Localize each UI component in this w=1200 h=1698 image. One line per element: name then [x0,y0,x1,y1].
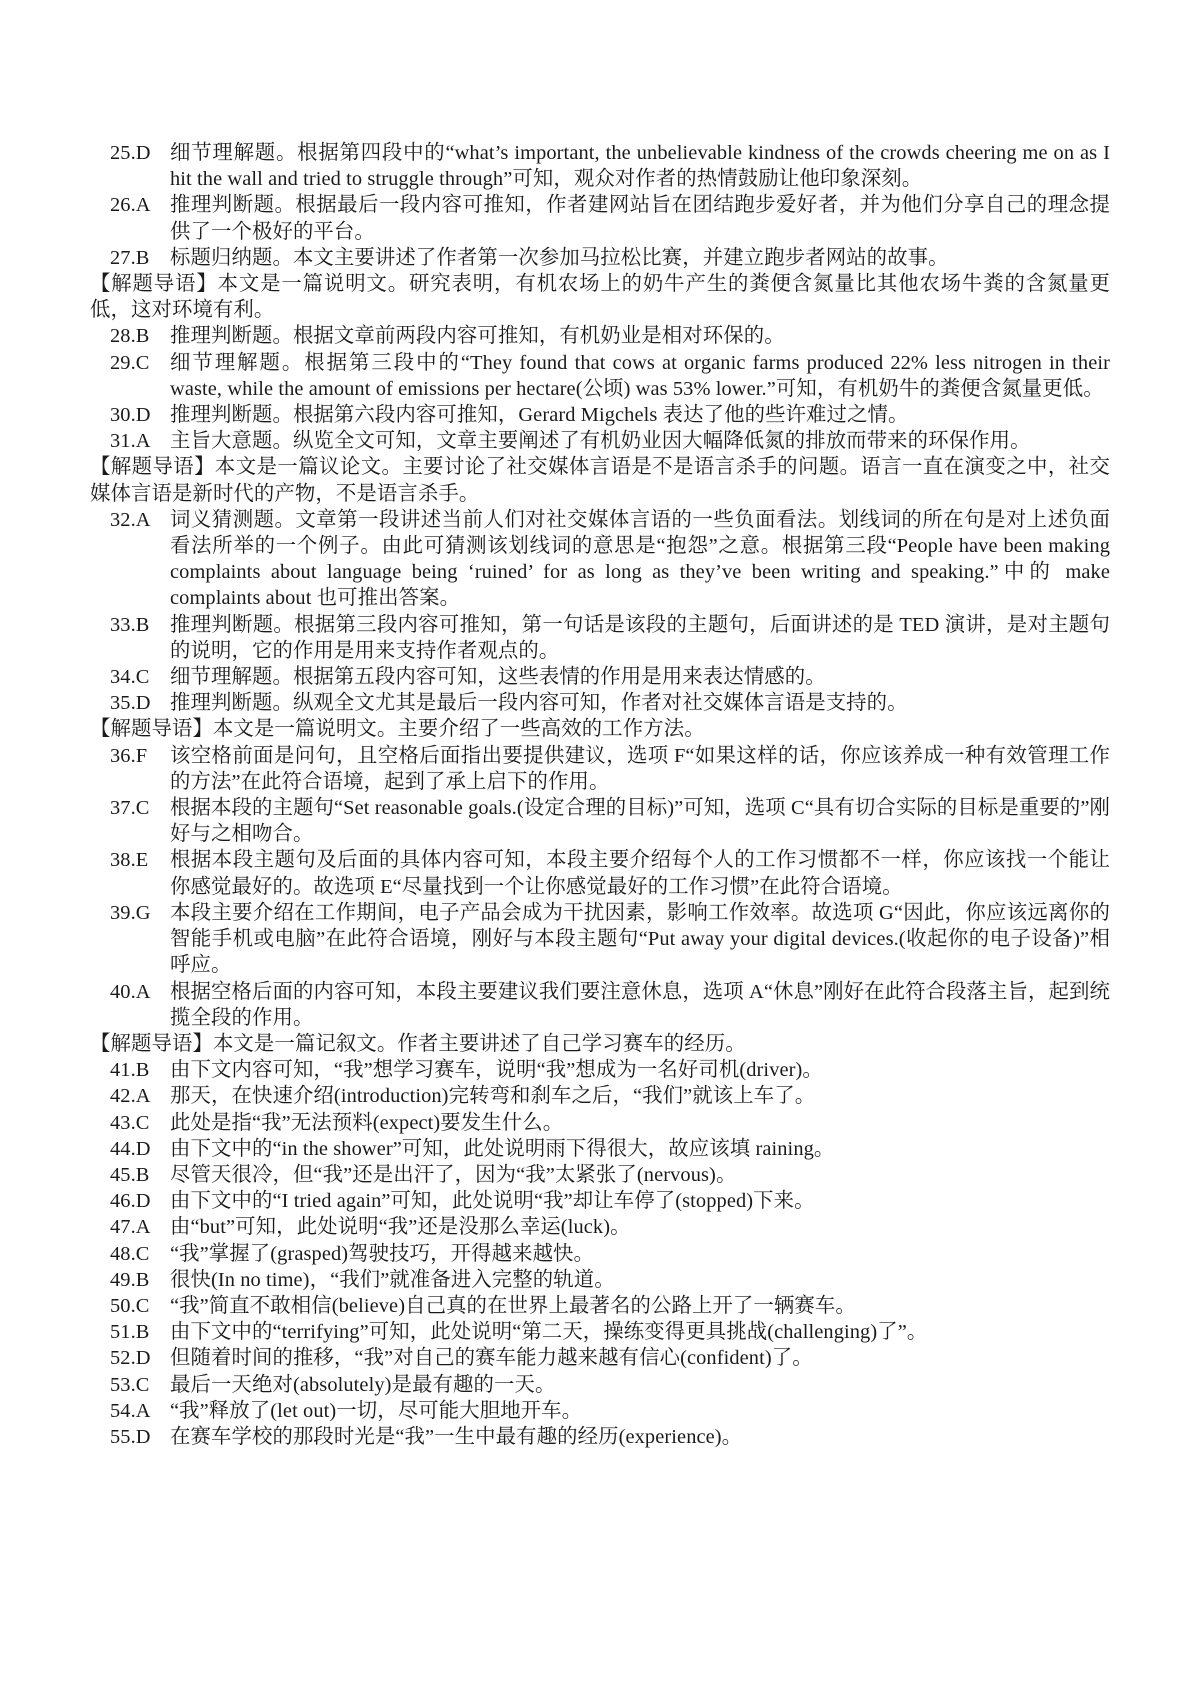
answer-number: 26.A [90,192,170,244]
answer-number: 48.C [90,1241,170,1267]
answer-explanation: 细节理解题。根据第四段中的“what’s important, the unbe… [170,140,1110,192]
answer-entry-26: 26.A 推理判断题。根据最后一段内容可推知，作者建网站旨在团结跑步爱好者，并为… [90,192,1110,244]
answer-explanation: 此处是指“我”无法预料(expect)要发生什么。 [170,1110,1110,1136]
answer-entry-42: 42.A 那天，在快速介绍(introduction)完转弯和刹车之后，“我们”… [90,1083,1110,1109]
answer-number: 54.A [90,1398,170,1424]
answer-number: 25.D [90,140,170,192]
answer-number: 39.G [90,900,170,979]
answer-number: 41.B [90,1057,170,1083]
answer-explanation: 推理判断题。根据第三段内容可推知，第一句话是该段的主题句，后面讲述的是 TED … [170,612,1110,664]
answer-number: 50.C [90,1293,170,1319]
answer-explanation: 根据本段的主题句“Set reasonable goals.(设定合理的目标)”… [170,795,1110,847]
answer-explanation: 本段主要介绍在工作期间，电子产品会成为干扰因素，影响工作效率。故选项 G“因此，… [170,900,1110,979]
answer-explanation: 推理判断题。根据文章前两段内容可推知，有机奶业是相对环保的。 [170,323,1110,349]
guide-paragraph: 【解题导语】本文是一篇说明文。研究表明，有机农场上的奶牛产生的粪便含氮量比其他农… [90,271,1110,323]
answer-number: 49.B [90,1267,170,1293]
answer-explanation: 那天，在快速介绍(introduction)完转弯和刹车之后，“我们”就该上车了… [170,1083,1110,1109]
answer-entry-46: 46.D 由下文中的“I tried again”可知，此处说明“我”却让车停了… [90,1188,1110,1214]
answer-entry-49: 49.B 很快(In no time)，“我们”就准备进入完整的轨道。 [90,1267,1110,1293]
answer-explanation: 由下文中的“in the shower”可知，此处说明雨下得很大，故应该填 ra… [170,1136,1110,1162]
answer-entry-43: 43.C 此处是指“我”无法预料(expect)要发生什么。 [90,1110,1110,1136]
answer-number: 42.A [90,1083,170,1109]
answer-number: 40.A [90,979,170,1031]
answer-entry-38: 38.E 根据本段主题句及后面的具体内容可知，本段主要介绍每个人的工作习惯都不一… [90,847,1110,899]
answer-number: 30.D [90,402,170,428]
guide-paragraph: 【解题导语】本文是一篇议论文。主要讨论了社交媒体言语是不是语言杀手的问题。语言一… [90,454,1110,506]
answer-number: 36.F [90,743,170,795]
answer-entry-47: 47.A 由“but”可知，此处说明“我”还是没那么幸运(luck)。 [90,1214,1110,1240]
answer-number: 29.C [90,350,170,402]
answer-entry-48: 48.C “我”掌握了(grasped)驾驶技巧，开得越来越快。 [90,1241,1110,1267]
answer-entry-29: 29.C 细节理解题。根据第三段中的“They found that cows … [90,350,1110,402]
answer-explanation: 在赛车学校的那段时光是“我”一生中最有趣的经历(experience)。 [170,1424,1110,1450]
answer-explanation: 由下文中的“terrifying”可知，此处说明“第二天，操练变得更具挑战(ch… [170,1319,1110,1345]
document-page: 25.D 细节理解题。根据第四段中的“what’s important, the… [0,0,1200,1698]
answer-number: 33.B [90,612,170,664]
answer-entry-31: 31.A 主旨大意题。纵览全文可知，文章主要阐述了有机奶业因大幅降低氮的排放而带… [90,428,1110,454]
answer-entry-53: 53.C 最后一天绝对(absolutely)是最有趣的一天。 [90,1372,1110,1398]
answer-entry-28: 28.B 推理判断题。根据文章前两段内容可推知，有机奶业是相对环保的。 [90,323,1110,349]
answer-number: 27.B [90,245,170,271]
answer-number: 46.D [90,1188,170,1214]
answer-number: 44.D [90,1136,170,1162]
answer-explanation: 尽管天很冷，但“我”还是出汗了，因为“我”太紧张了(nervous)。 [170,1162,1110,1188]
answer-entry-35: 35.D 推理判断题。纵观全文尤其是最后一段内容可知，作者对社交媒体言语是支持的… [90,690,1110,716]
answer-entry-44: 44.D 由下文中的“in the shower”可知，此处说明雨下得很大，故应… [90,1136,1110,1162]
answer-explanation: 由下文内容可知，“我”想学习赛车，说明“我”想成为一名好司机(driver)。 [170,1057,1110,1083]
answer-entry-34: 34.C 细节理解题。根据第五段内容可知，这些表情的作用是用来表达情感的。 [90,664,1110,690]
answer-number: 52.D [90,1345,170,1371]
answer-explanation: 由“but”可知，此处说明“我”还是没那么幸运(luck)。 [170,1214,1110,1240]
answer-number: 55.D [90,1424,170,1450]
answer-entry-33: 33.B 推理判断题。根据第三段内容可推知，第一句话是该段的主题句，后面讲述的是… [90,612,1110,664]
answer-entry-25: 25.D 细节理解题。根据第四段中的“what’s important, the… [90,140,1110,192]
answer-number: 31.A [90,428,170,454]
answer-explanation: 最后一天绝对(absolutely)是最有趣的一天。 [170,1372,1110,1398]
answer-entry-39: 39.G 本段主要介绍在工作期间，电子产品会成为干扰因素，影响工作效率。故选项 … [90,900,1110,979]
answer-explanation: 由下文中的“I tried again”可知，此处说明“我”却让车停了(stop… [170,1188,1110,1214]
answer-entry-40: 40.A 根据空格后面的内容可知，本段主要建议我们要注意休息，选项 A“休息”刚… [90,979,1110,1031]
answer-entry-55: 55.D 在赛车学校的那段时光是“我”一生中最有趣的经历(experience)… [90,1424,1110,1450]
answer-number: 35.D [90,690,170,716]
answer-explanation: 根据本段主题句及后面的具体内容可知，本段主要介绍每个人的工作习惯都不一样，你应该… [170,847,1110,899]
answer-number: 51.B [90,1319,170,1345]
answer-explanation: “我”释放了(let out)一切，尽可能大胆地开车。 [170,1398,1110,1424]
answer-number: 47.A [90,1214,170,1240]
guide-paragraph: 【解题导语】本文是一篇说明文。主要介绍了一些高效的工作方法。 [90,716,1110,742]
answer-explanation: 推理判断题。根据最后一段内容可推知，作者建网站旨在团结跑步爱好者，并为他们分享自… [170,192,1110,244]
answer-number: 53.C [90,1372,170,1398]
answer-explanation: 推理判断题。根据第六段内容可推知，Gerard Migchels 表达了他的些许… [170,402,1110,428]
answer-entry-45: 45.B 尽管天很冷，但“我”还是出汗了，因为“我”太紧张了(nervous)。 [90,1162,1110,1188]
answer-entry-52: 52.D 但随着时间的推移，“我”对自己的赛车能力越来越有信心(confiden… [90,1345,1110,1371]
answer-number: 28.B [90,323,170,349]
answer-explanation: 很快(In no time)，“我们”就准备进入完整的轨道。 [170,1267,1110,1293]
answer-explanation: 词义猜测题。文章第一段讲述当前人们对社交媒体言语的一些负面看法。划线词的所在句是… [170,507,1110,612]
answer-explanation: “我”掌握了(grasped)驾驶技巧，开得越来越快。 [170,1241,1110,1267]
answer-explanation: 细节理解题。根据第五段内容可知，这些表情的作用是用来表达情感的。 [170,664,1110,690]
answer-explanation: 细节理解题。根据第三段中的“They found that cows at or… [170,350,1110,402]
answer-number: 43.C [90,1110,170,1136]
answer-entry-37: 37.C 根据本段的主题句“Set reasonable goals.(设定合理… [90,795,1110,847]
answer-explanation: “我”简直不敢相信(believe)自己真的在世界上最著名的公路上开了一辆赛车。 [170,1293,1110,1319]
answer-entry-30: 30.D 推理判断题。根据第六段内容可推知，Gerard Migchels 表达… [90,402,1110,428]
answer-entry-50: 50.C “我”简直不敢相信(believe)自己真的在世界上最著名的公路上开了… [90,1293,1110,1319]
answer-entry-41: 41.B 由下文内容可知，“我”想学习赛车，说明“我”想成为一名好司机(driv… [90,1057,1110,1083]
answer-explanation: 标题归纳题。本文主要讲述了作者第一次参加马拉松比赛，并建立跑步者网站的故事。 [170,245,1110,271]
answer-explanation: 根据空格后面的内容可知，本段主要建议我们要注意休息，选项 A“休息”刚好在此符合… [170,979,1110,1031]
answer-explanation: 但随着时间的推移，“我”对自己的赛车能力越来越有信心(confident)了。 [170,1345,1110,1371]
answer-number: 38.E [90,847,170,899]
answer-explanation: 主旨大意题。纵览全文可知，文章主要阐述了有机奶业因大幅降低氮的排放而带来的环保作… [170,428,1110,454]
answer-entry-36: 36.F 该空格前面是问句，且空格后面指出要提供建议，选项 F“如果这样的话，你… [90,743,1110,795]
guide-paragraph: 【解题导语】本文是一篇记叙文。作者主要讲述了自己学习赛车的经历。 [90,1031,1110,1057]
answer-entry-51: 51.B 由下文中的“terrifying”可知，此处说明“第二天，操练变得更具… [90,1319,1110,1345]
answer-explanation: 推理判断题。纵观全文尤其是最后一段内容可知，作者对社交媒体言语是支持的。 [170,690,1110,716]
answer-entry-27: 27.B 标题归纳题。本文主要讲述了作者第一次参加马拉松比赛，并建立跑步者网站的… [90,245,1110,271]
answer-explanation: 该空格前面是问句，且空格后面指出要提供建议，选项 F“如果这样的话，你应该养成一… [170,743,1110,795]
answer-key-list: 25.D 细节理解题。根据第四段中的“what’s important, the… [90,140,1110,1450]
answer-entry-32: 32.A 词义猜测题。文章第一段讲述当前人们对社交媒体言语的一些负面看法。划线词… [90,507,1110,612]
answer-number: 32.A [90,507,170,612]
answer-number: 45.B [90,1162,170,1188]
answer-number: 34.C [90,664,170,690]
answer-entry-54: 54.A “我”释放了(let out)一切，尽可能大胆地开车。 [90,1398,1110,1424]
answer-number: 37.C [90,795,170,847]
